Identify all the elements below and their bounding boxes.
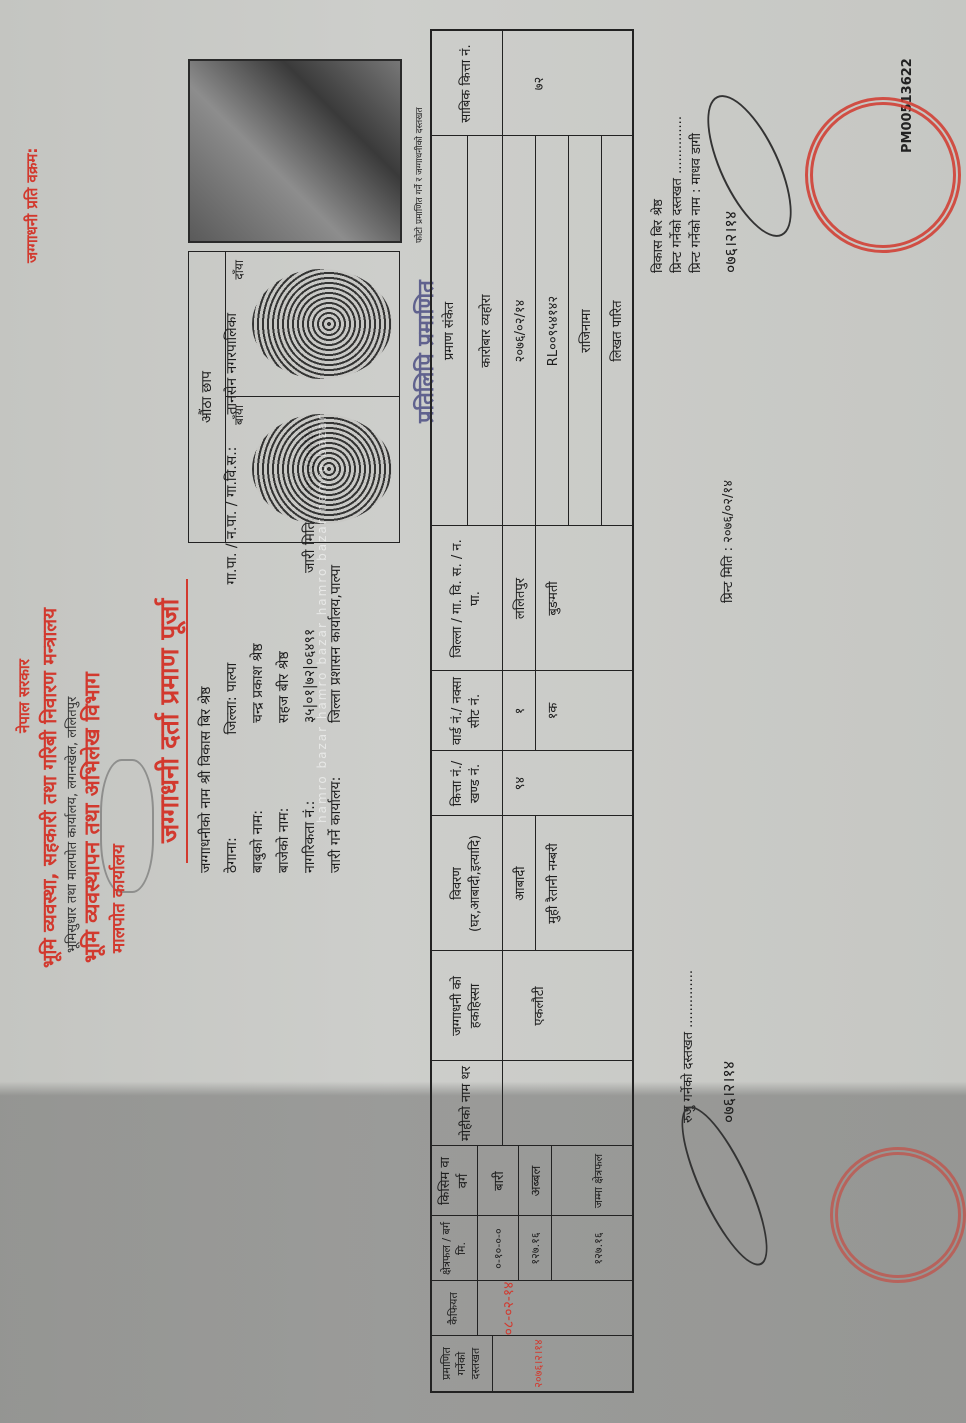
printer-name-label: प्रिन्ट गर्नेको नाम : माधव डागी [688, 116, 707, 273]
verifier-signature-icon [666, 1097, 784, 1275]
cell-ward: १ [503, 671, 536, 751]
print-date-value: २०७६/०२/१४ [721, 480, 736, 543]
cell-deed-type: राजिनामा [569, 136, 602, 526]
col-old-kitta: साबिक कित्ता नं. ७२ [432, 31, 632, 136]
header-proof-code: प्रमाण संकेत [432, 136, 468, 526]
watermark: hamro bazar hamro bazar hamro bazar hamr… [315, 413, 329, 823]
right-thumb-label: दाँया [230, 260, 247, 280]
government-emblem-seal [805, 97, 961, 253]
header-remarks: कैफियत [432, 1281, 478, 1336]
header-description: विवरण (घर,आबादी,इत्यादि) [432, 816, 503, 951]
cell-reg-no: RL००९५४१४२ [536, 136, 569, 526]
owner-photo [188, 59, 402, 243]
total-area-label: जम्मा क्षेत्रफल [582, 1146, 614, 1216]
left-thumb-label: बाँया [230, 405, 247, 425]
owner-name-footer: विकास बिर श्रेष्ठ [650, 116, 669, 273]
col-ward: वार्ड नं./ नक्सा सीट नं. १ १क [432, 670, 632, 751]
col-description: विवरण (घर,आबादी,इत्यादि) आबादी मुही रैता… [432, 815, 632, 951]
verifier-sign-date: ०७६।२।१४ [717, 970, 740, 1123]
col-certifier: प्रमाणित गर्नेको दस्तखत २०७६।२।१४ [432, 1335, 632, 1391]
certificate-copy-label: जग्गाधनी प्रति वक्रम: [22, 148, 42, 263]
cell-sq-m: १२७.१६ [519, 1216, 552, 1281]
header-old-kitta: साबिक कित्ता नं. [432, 31, 503, 136]
header-certifier: प्रमाणित गर्नेको दस्तखत [432, 1336, 493, 1391]
print-date-block: प्रिन्ट मिति : २०७६/०२/१४ [720, 480, 739, 603]
col-remarks: कैफियत ०८-०२-१४ [432, 1280, 632, 1336]
father-label: बाबुको नाम: [248, 723, 267, 873]
header-district: जिल्ला / गा. वि. स. / न. पा. [432, 526, 503, 671]
cell-total-area: १२७.१६ [582, 1216, 614, 1281]
header-transaction: कारोबार व्यहोरा [468, 136, 503, 526]
cell-share: एकलौटी [522, 951, 554, 1061]
header-kitta: कित्ता नं./ खण्ड नं. [432, 751, 503, 816]
cell-remarks: ०८-०२-१४ [492, 1281, 524, 1336]
header-tenant: मोहीको नाम थर [432, 1061, 503, 1146]
cell-tenant [522, 1061, 554, 1146]
cell-area: ०-१०-०-० [478, 1216, 519, 1281]
print-date-label: प्रिन्ट मिति : [721, 547, 736, 603]
col-category: किसिम वा वर्ग बारी अब्बल जम्मा क्षेत्रफल [432, 1145, 632, 1216]
cell-date: २०७६/०२/१४ [503, 136, 536, 526]
verifier-sign-label: रुजु गर्नेको दस्तखत .............. [680, 970, 699, 1123]
land-records-table: साबिक कित्ता नं. ७२ प्रमाण संकेत कारोबार… [430, 29, 634, 1393]
col-tenant: मोहीको नाम थर [432, 1060, 632, 1146]
col-share: जग्गाधनी को हकहिस्सा एकलौटी [432, 950, 632, 1061]
government-heading: नेपाल सरकार [14, 659, 34, 733]
right-thumb-cell: दाँया [226, 252, 399, 397]
thumbprint-box: औंठा छाप बाँया दाँया [188, 251, 400, 543]
land-ownership-certificate: जग्गाधनी प्रति वक्रम: PM00513622 नेपाल स… [0, 0, 966, 1423]
office-heading: मालपोत कार्यालय [106, 844, 129, 953]
ministry-heading: भूमि व्यवस्था, सहकारी तथा गरिबी निवारण म… [36, 608, 62, 968]
header-area: क्षेत्रफल / बर्ग मि. [432, 1216, 478, 1281]
verifier-signature-block: रुजु गर्नेको दस्तखत .............. ०७६।२… [680, 970, 740, 1123]
header-share: जग्गाधनी को हकहिस्सा [432, 951, 503, 1061]
col-district: जिल्ला / गा. वि. स. / न. पा. ललितपुर बुङ… [432, 525, 632, 671]
cell-vdc: बुङमती [536, 526, 568, 671]
header-area-category: बारी [478, 1146, 519, 1216]
printer-sign-label: प्रिन्ट गर्नेको दस्तखत .............. [669, 116, 688, 273]
photo-caption: फोटो प्रमाणित गर्ने र जग्गाधनीको दस्तखत [412, 33, 425, 243]
department-heading: भूमि व्यवस्थापन तथा अभिलेख विभाग [78, 672, 106, 963]
cell-description-note: मुही रैतानी नम्बरी [536, 816, 568, 951]
grandfather-label: बाजेको नाम: [274, 723, 293, 873]
certificate-title: जग्गाधनी दर्ता प्रमाण पूर्जा [150, 579, 188, 863]
cell-map-sheet: १क [536, 671, 568, 751]
office-seal [830, 1147, 966, 1283]
col-area: क्षेत्रफल / बर्ग मि. ०-१०-०-० १२७.१६ १२७… [432, 1215, 632, 1281]
cell-deed-note: लिखत पारित [600, 136, 632, 526]
header-ward: वार्ड नं./ नक्सा सीट नं. [432, 671, 503, 751]
cell-area-type: अब्बल [519, 1146, 552, 1216]
col-kitta: कित्ता नं./ खण्ड नं. ९४ [432, 750, 632, 816]
cell-district: ललितपुर [503, 526, 536, 671]
right-fingerprint-icon [252, 269, 392, 379]
left-thumb-cell: बाँया [226, 396, 399, 542]
cell-certifier: २०७६।२।१४ [522, 1336, 554, 1391]
address-label: ठेगाना: [222, 735, 241, 873]
district-value: जिल्ला: पाल्पा [222, 585, 241, 735]
col-proof-code: प्रमाण संकेत कारोबार व्यहोरा २०७६/०२/१४ … [432, 135, 632, 526]
header-category: किसिम वा वर्ग [432, 1146, 478, 1216]
thumbprint-title: औंठा छाप [189, 252, 226, 542]
cell-kitta: ९४ [503, 751, 535, 816]
cell-old-kitta: ७२ [522, 31, 554, 136]
cell-description: आबादी [503, 816, 536, 951]
